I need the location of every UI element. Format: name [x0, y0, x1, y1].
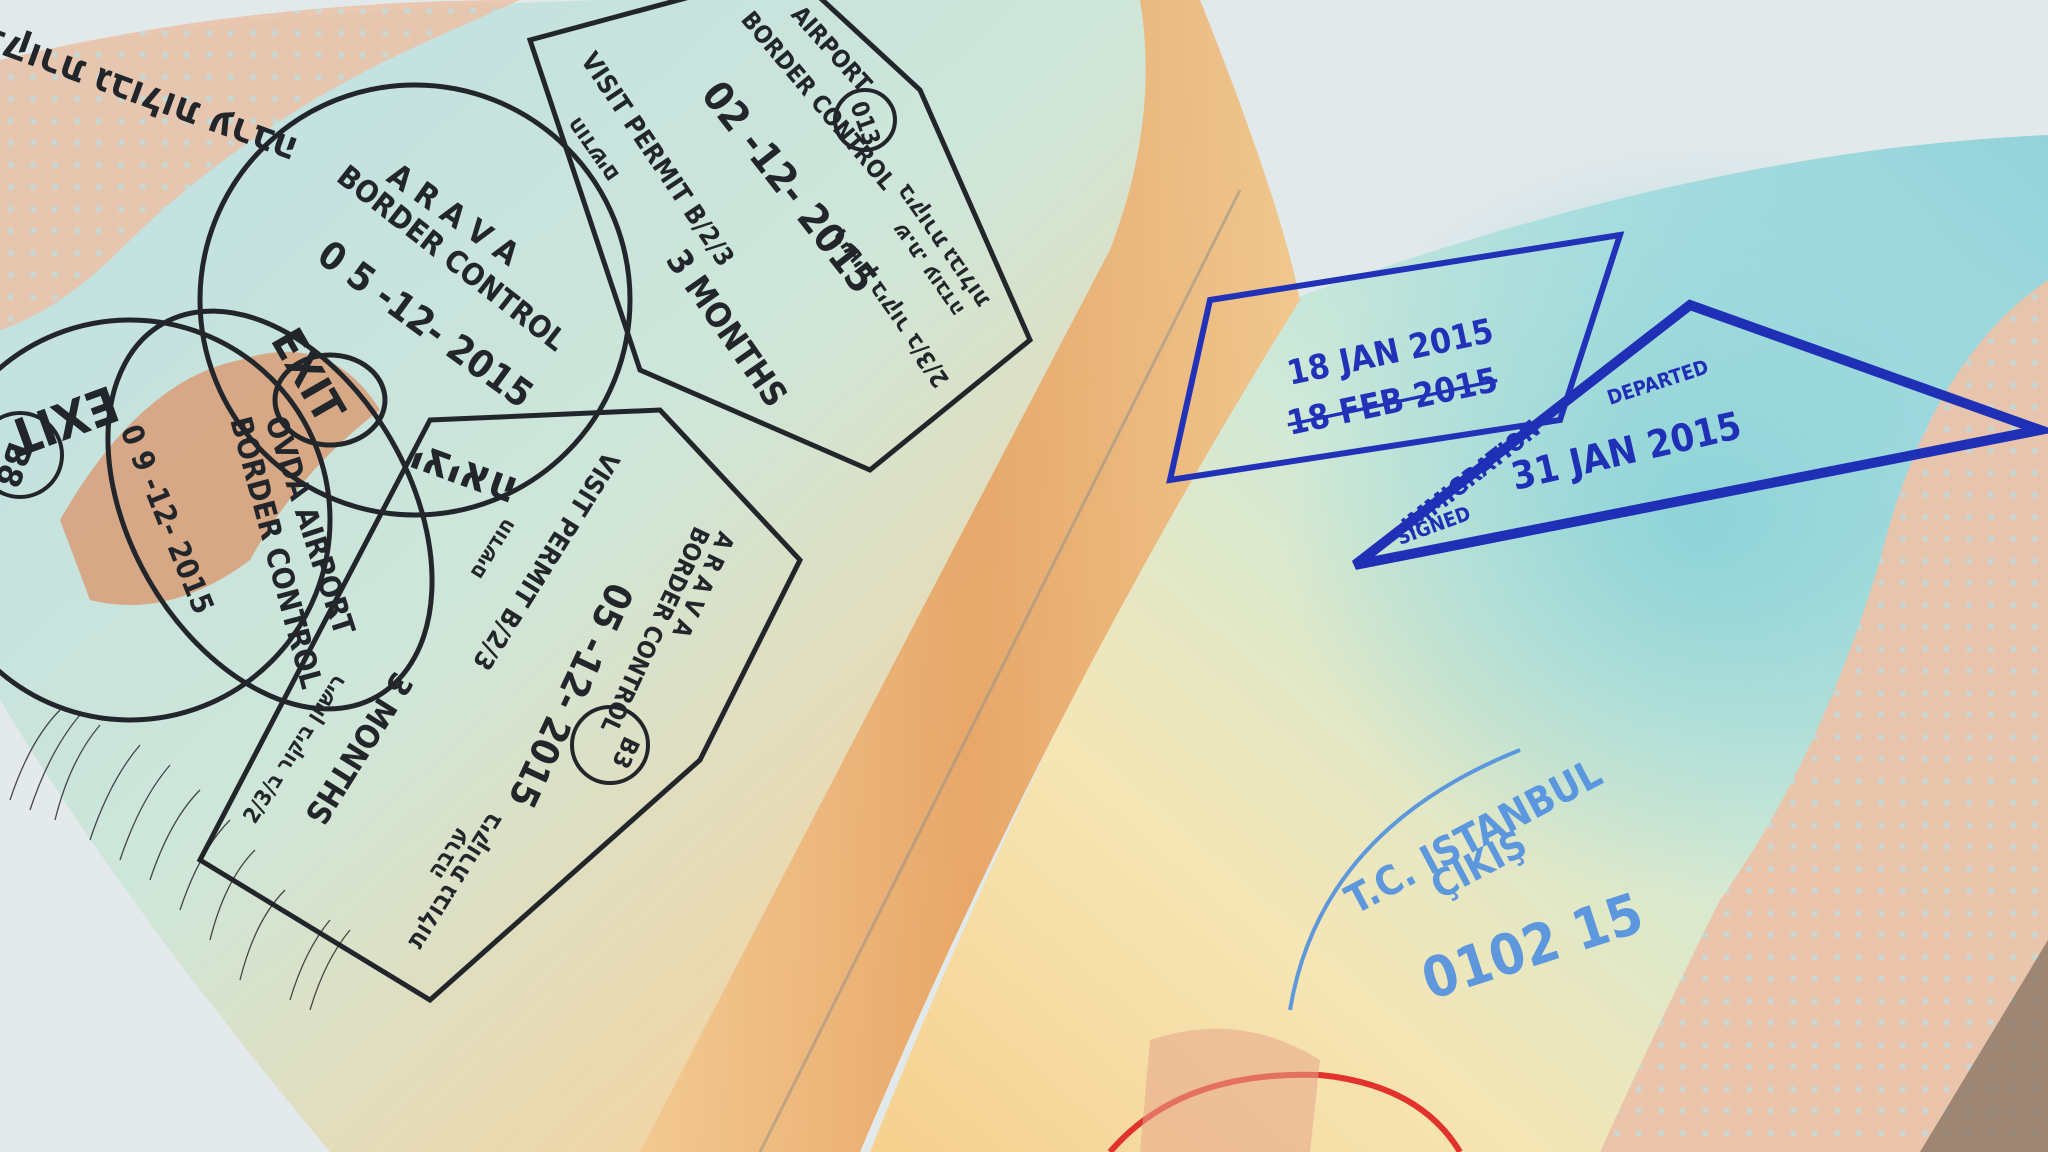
passport-photo: EXIT 0 9 -12- 2015 B8 בקורת גבולות ערבה … [0, 0, 2048, 1152]
